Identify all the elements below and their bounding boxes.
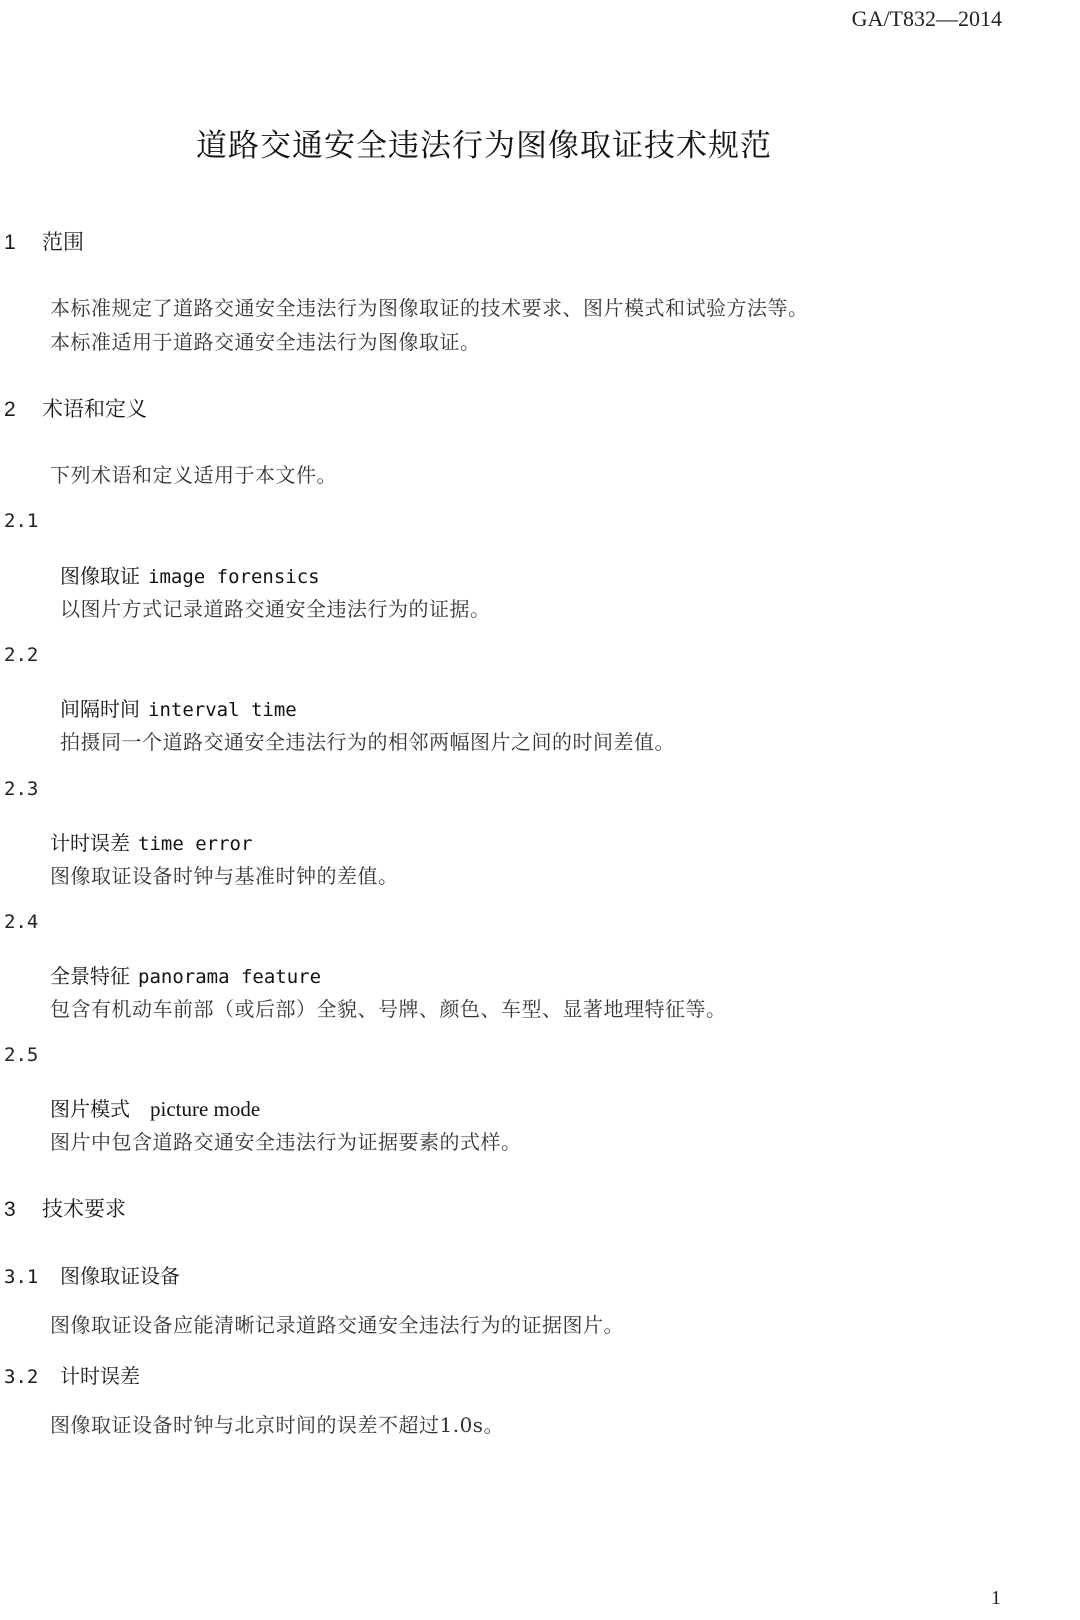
subsection-heading: 3.2计时误差 [4,1360,140,1389]
document-page: GA/T832—2014 道路交通安全违法行为图像取证技术规范 1范围 本标准规… [0,0,1080,1620]
term-en: image forensics [148,566,320,588]
subsection-title: 图像取证设备 [60,1264,180,1288]
section-1-paragraph-1: 本标准规定了道路交通安全违法行为图像取证的技术要求、图片模式和试验方法等。 [50,292,809,321]
section-title: 术语和定义 [42,397,147,421]
section-1-paragraph-2: 本标准适用于道路交通安全违法行为图像取证。 [50,326,481,355]
term-cn: 间隔时间 [60,697,140,721]
subsection-title: 计时误差 [60,1364,140,1388]
document-title: 道路交通安全违法行为图像取证技术规范 [196,120,772,165]
page-number: 1 [991,1587,1001,1610]
term-cn: 图像取证 [60,564,140,588]
term-number: 2.1 [4,510,38,532]
section-2-intro: 下列术语和定义适用于本文件。 [50,459,337,488]
standard-number: GA/T832—2014 [852,6,1002,32]
term-heading: 全景特征panorama feature [50,960,321,989]
subsection-text: 图像取证设备应能清晰记录道路交通安全违法行为的证据图片。 [50,1309,624,1338]
term-en: picture mode [150,1097,260,1121]
section-number: 3 [4,1198,42,1222]
subsection-number: 3.1 [4,1266,60,1288]
subsection-heading: 3.1图像取证设备 [4,1260,180,1289]
term-heading: 图像取证image forensics [60,560,320,589]
term-definition: 拍摄同一个道路交通安全违法行为的相邻两幅图片之间的时间差值。 [60,726,675,755]
section-3-heading: 3技术要求 [4,1193,126,1223]
section-2-heading: 2术语和定义 [4,393,147,423]
term-number: 2.2 [4,644,38,666]
term-number: 2.5 [4,1044,38,1066]
term-en: panorama feature [138,966,321,988]
term-number: 2.3 [4,778,38,800]
section-number: 2 [4,398,42,422]
term-heading: 间隔时间interval time [60,693,297,722]
section-1-heading: 1范围 [4,226,84,256]
term-definition: 图片中包含道路交通安全违法行为证据要素的式样。 [50,1126,522,1155]
section-number: 1 [4,231,42,255]
section-title: 技术要求 [42,1197,126,1221]
term-heading: 图片模式picture mode [50,1093,260,1122]
term-cn: 图片模式 [50,1097,130,1121]
term-en: time error [138,833,252,855]
term-heading: 计时误差time error [50,827,252,856]
section-title: 范围 [42,230,84,254]
term-cn: 全景特征 [50,964,130,988]
subsection-text: 图像取证设备时钟与北京时间的误差不超过1.0s。 [50,1409,504,1438]
term-definition: 包含有机动车前部（或后部）全貌、号牌、颜色、车型、显著地理特征等。 [50,993,727,1022]
term-number: 2.4 [4,911,38,933]
subsection-number: 3.2 [4,1366,60,1388]
term-definition: 以图片方式记录道路交通安全违法行为的证据。 [60,593,491,622]
term-cn: 计时误差 [50,831,130,855]
term-definition: 图像取证设备时钟与基准时钟的差值。 [50,860,399,889]
term-en: interval time [148,699,297,721]
